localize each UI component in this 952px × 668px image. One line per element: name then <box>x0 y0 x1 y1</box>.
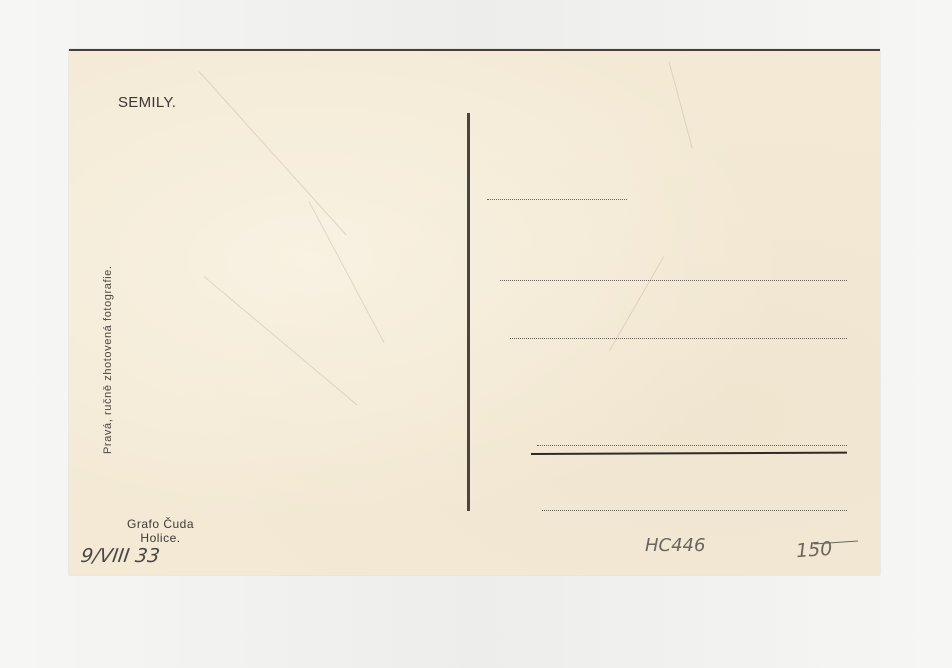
address-line-1 <box>487 199 627 200</box>
place-title: SEMILY. <box>118 94 176 111</box>
paper-scratch <box>309 201 385 343</box>
address-line-2 <box>500 280 847 281</box>
photo-caption-vertical: Pravá, ručně zhotovená fotografie. <box>102 265 114 454</box>
paper-scratch <box>199 71 347 235</box>
address-line-3 <box>510 338 847 339</box>
paper-scratch <box>204 276 358 405</box>
handwritten-price: 150 <box>795 538 833 562</box>
publisher-name: Grafo Čuda <box>127 517 194 531</box>
paper-scratch <box>669 61 693 148</box>
address-line-4 <box>537 445 847 446</box>
postcard-back: SEMILY. Pravá, ručně zhotovená fotografi… <box>69 49 880 575</box>
publisher-imprint: Grafo Čuda Holice. <box>127 517 194 545</box>
message-address-divider <box>467 113 470 511</box>
publisher-city: Holice. <box>127 531 194 545</box>
address-line-5 <box>542 510 847 511</box>
address-underline <box>531 452 847 455</box>
handwritten-reference: HC446 <box>645 535 705 556</box>
handwritten-date: 9/VIII 33 <box>79 545 161 567</box>
